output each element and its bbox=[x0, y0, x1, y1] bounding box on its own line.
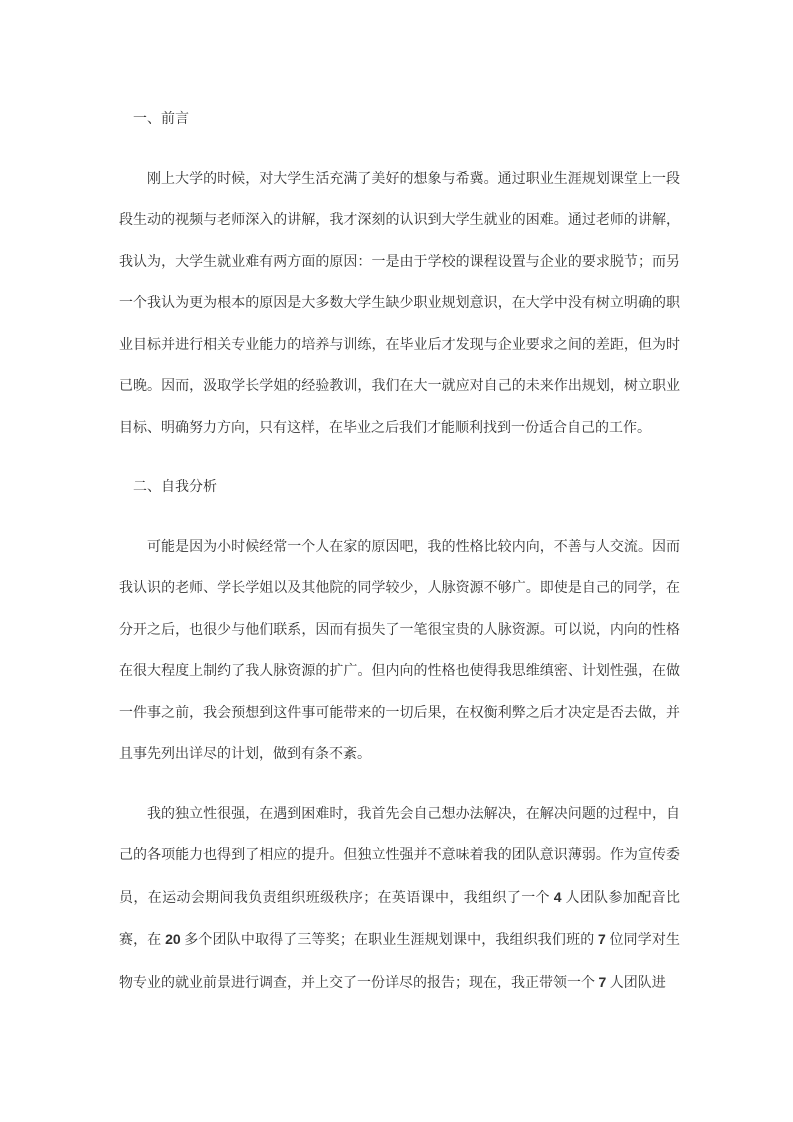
document-page: 一、前言 刚上大学的时候，对大学生活充满了美好的想象与希冀。通过职业生涯规划课堂… bbox=[0, 0, 793, 1122]
section-heading-self-analysis: 二、自我分析 bbox=[119, 467, 680, 509]
paragraph-preface: 刚上大学的时候，对大学生活充满了美好的想象与希冀。通过职业生涯规划课堂上一段段生… bbox=[119, 159, 680, 450]
paragraph-independence: 我的独立性很强，在遇到困难时，我首先会自己想办法解决，在解决问题的过程中，自己的… bbox=[119, 794, 680, 1005]
paragraph-personality: 可能是因为小时候经常一个人在家的原因吧，我的性格比较内向，不善与人交流。因而我认… bbox=[119, 527, 680, 776]
section-heading-preface: 一、前言 bbox=[119, 99, 680, 141]
